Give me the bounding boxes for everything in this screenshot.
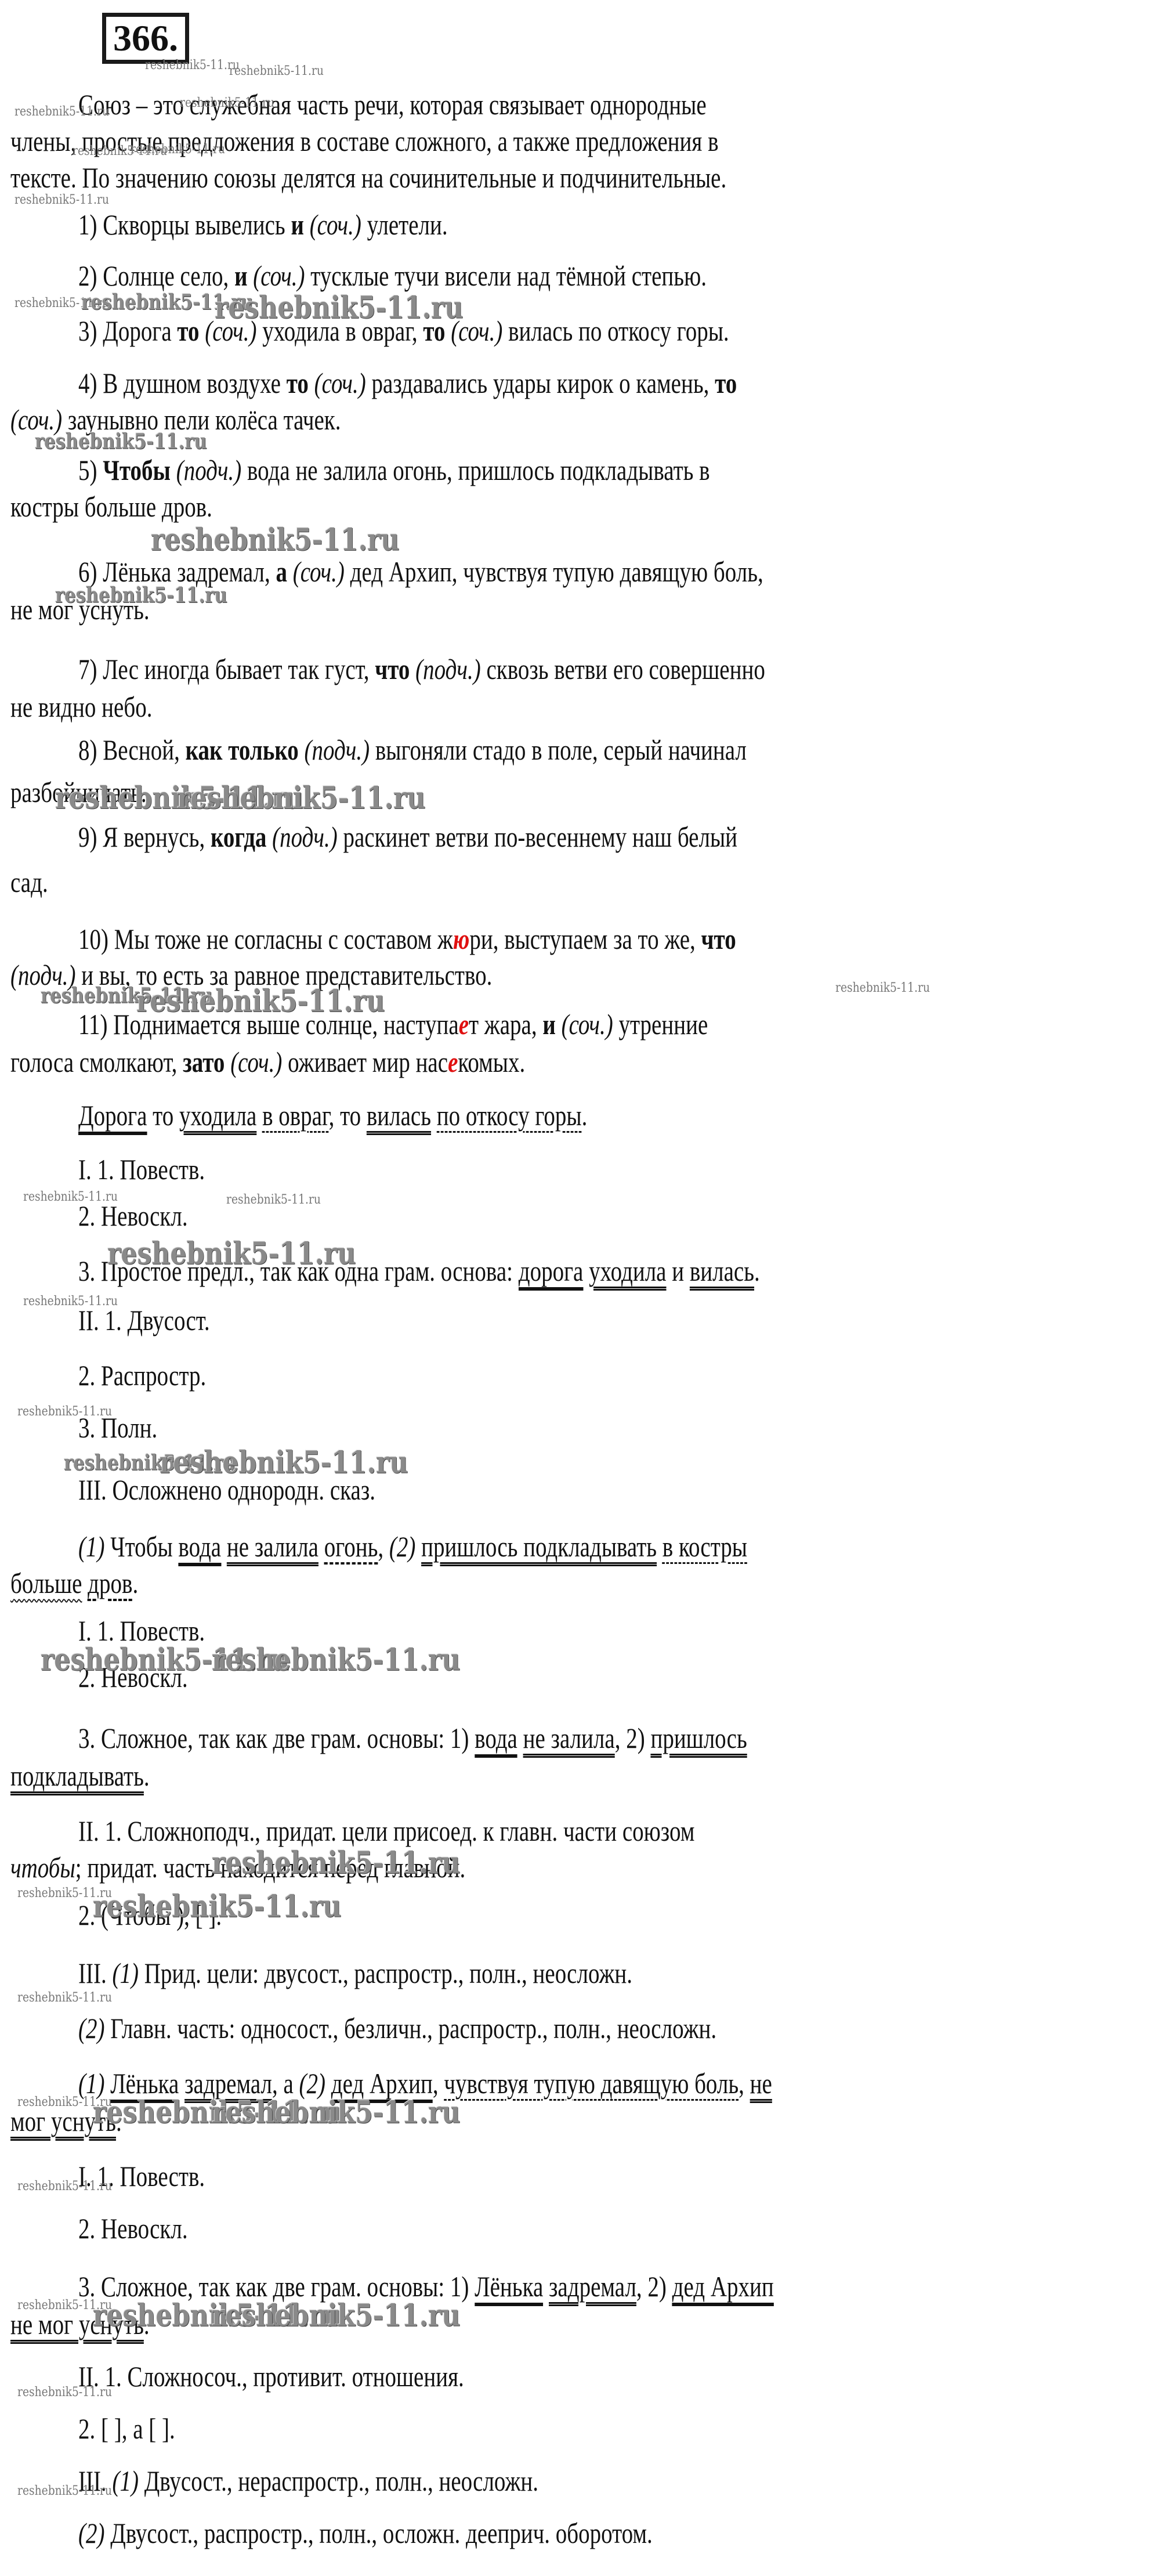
segment <box>410 653 415 685</box>
segment-u-dot: в овраг <box>262 1099 328 1132</box>
watermark: reshebnik5-11.ru <box>15 104 109 119</box>
text-line: 2. [ ], а [ ]. <box>78 2411 175 2446</box>
segment: и <box>667 1255 690 1287</box>
text-line: костры больше дров. <box>10 489 212 524</box>
segment-u-pred: подкладывать <box>10 1760 144 1792</box>
segment: 2. [ ], а [ ]. <box>78 2412 175 2445</box>
segment-i: (1) <box>112 1957 138 1989</box>
watermark: reshebnik5-11.ru <box>17 2484 112 2498</box>
segment-i: (соч.) <box>230 1046 282 1078</box>
watermark: reshebnik5-11.ru <box>23 1294 118 1309</box>
text-line: 5) Чтобы (подч.) вода не залила огонь, п… <box>78 453 710 487</box>
segment: улетели. <box>361 208 448 241</box>
segment-u-subj: дед Архип <box>672 2270 774 2306</box>
text-line: I. 1. Повеств. <box>78 1152 205 1187</box>
segment: Чтобы <box>104 1530 178 1563</box>
segment: 2. Невоскл. <box>78 2212 188 2245</box>
segment-u-pred: задремал <box>549 2270 636 2303</box>
watermark: reshebnik5-11.ru <box>17 2385 112 2400</box>
segment: , 2) <box>636 2270 672 2303</box>
segment-u-pred: уходила <box>179 1099 256 1132</box>
segment-b: Чтобы <box>103 454 171 486</box>
segment: 3. Сложное, так как две грам. основы: 1) <box>78 1722 475 1754</box>
segment: Главн. часть: односост., безличн., распр… <box>104 2012 716 2044</box>
segment: 5) <box>78 454 103 486</box>
segment <box>256 1099 262 1132</box>
segment-u-dot: по откосу горы <box>437 1099 582 1132</box>
segment-b: и <box>234 259 247 292</box>
segment: , 2) <box>615 1722 651 1754</box>
segment-u-subj: Дорога <box>78 1099 147 1135</box>
watermark: reshebnik5-11.ru <box>160 1445 408 1480</box>
watermark: reshebnik5-11.ru <box>212 2298 460 2333</box>
segment: . <box>132 1567 138 1599</box>
segment-i: (2) <box>78 2517 104 2549</box>
segment <box>82 1567 88 1599</box>
segment: костры больше дров. <box>10 490 212 523</box>
text-line: 7) Лес иногда бывает так густ, что (подч… <box>78 652 765 687</box>
watermark: reshebnik5-11.ru <box>835 981 930 995</box>
segment-b: а <box>276 555 287 588</box>
segment: оживает мир нас <box>282 1046 448 1078</box>
text-line: 3. Сложное, так как две грам. основы: 1)… <box>78 1721 747 1755</box>
segment: тусклые тучи висели над тёмной степью. <box>305 259 707 292</box>
watermark: reshebnik5-11.ru <box>93 1889 341 1924</box>
segment-i: (подч.) <box>415 653 481 685</box>
segment: голоса смолкают, <box>10 1046 183 1078</box>
segment-b: что <box>701 923 736 955</box>
segment <box>248 259 254 292</box>
text-line: 1) Скворцы вывелись и (соч.) улетели. <box>78 207 448 242</box>
segment: раскинет ветви по-весеннему наш белый <box>338 821 737 853</box>
text-line: 2. Распростр. <box>78 1358 206 1393</box>
segment-u-dot: в костры <box>663 1530 747 1563</box>
text-line: III. (1) Двусост., нераспростр., полн., … <box>78 2463 538 2498</box>
segment-i: (1) <box>112 2465 138 2497</box>
segment: утренние <box>613 1008 708 1040</box>
segment-b: как только <box>186 734 299 766</box>
segment: Прид. цели: двусост., распростр., полн.,… <box>139 1957 632 1989</box>
segment-i: (подч.) <box>272 821 338 853</box>
segment-b: и <box>291 208 303 241</box>
watermark: reshebnik5-11.ru <box>226 1193 321 1207</box>
segment <box>415 1530 421 1563</box>
segment-b: и <box>542 1008 555 1040</box>
text-line: 2) Солнце село, и (соч.) тусклые тучи ви… <box>78 258 707 293</box>
text-line: 10) Мы тоже не согласны с составом жюри,… <box>78 922 736 956</box>
segment <box>543 2270 549 2303</box>
segment: I. 1. Повеств. <box>78 1153 205 1186</box>
watermark: reshebnik5-11.ru <box>55 583 227 608</box>
text-line: (1) Чтобы вода не залила огонь, (2) приш… <box>78 1529 747 1564</box>
segment: т жара, <box>469 1008 542 1040</box>
segment-u-pred: вилась <box>690 1255 754 1287</box>
watermark: reshebnik5-11.ru <box>145 58 240 73</box>
text-line: голоса смолкают, зато (соч.) оживает мир… <box>10 1045 525 1079</box>
segment: Двусост., нераспростр., полн., неосложн. <box>139 2465 538 2497</box>
segment-i: (соч.) <box>562 1008 613 1040</box>
segment: . <box>754 1255 760 1287</box>
segment-u-pred: не <box>750 2067 772 2100</box>
segment-red: е <box>448 1046 458 1078</box>
segment: вода не залила огонь, пришлось подкладыв… <box>241 454 709 486</box>
segment: II. 1. Сложноподч., придат. цели присоед… <box>78 1815 694 1847</box>
segment <box>266 821 272 853</box>
segment: сквозь ветви его совершенно <box>481 653 765 685</box>
segment-i: (соч.) <box>314 367 366 399</box>
segment: 10) Мы тоже не согласны с составом ж <box>78 923 453 955</box>
segment <box>431 1099 437 1132</box>
segment: ри, выступаем за то же, <box>469 923 701 955</box>
segment: не видно небо. <box>10 691 152 723</box>
text-line: подкладывать. <box>10 1758 150 1793</box>
segment-u-pred: пришлось подкладывать <box>421 1530 657 1563</box>
segment <box>225 1046 230 1078</box>
segment: 2) Солнце село, <box>78 259 234 292</box>
segment-b: то <box>287 367 309 399</box>
watermark: reshebnik5-11.ru <box>212 2095 460 2130</box>
text-line: (2) Главн. часть: односост., безличн., р… <box>78 2011 716 2046</box>
segment-i: (соч.) <box>310 208 361 241</box>
segment-b: то <box>715 367 737 399</box>
text-line: 8) Весной, как только (подч.) выгоняли с… <box>78 732 747 767</box>
watermark: reshebnik5-11.ru <box>131 142 225 157</box>
text-line: сад. <box>10 865 48 899</box>
segment <box>171 454 176 486</box>
segment: дед Архип, чувствуя тупую давящую боль, <box>345 555 763 588</box>
segment-u-pred: уходила <box>589 1255 666 1287</box>
segment: Союз – это служебная часть речи, которая… <box>78 88 707 121</box>
text-line: II. 1. Сложноподч., придат. цели присоед… <box>78 1813 694 1848</box>
segment <box>287 555 293 588</box>
segment-i: (соч.) <box>253 259 305 292</box>
watermark: reshebnik5-11.ru <box>215 290 463 326</box>
segment: , то <box>329 1099 367 1132</box>
segment-i: (подч.) <box>305 734 370 766</box>
segment <box>309 367 314 399</box>
segment: выгоняли стадо в поле, серый начинал <box>370 734 747 766</box>
segment: III. <box>78 1957 112 1989</box>
segment-u-subj: вода <box>178 1530 221 1566</box>
watermark: reshebnik5-11.ru <box>212 1845 460 1881</box>
segment: сад. <box>10 866 48 898</box>
segment-i: (соч.) <box>293 555 345 588</box>
segment-red: е <box>459 1008 469 1040</box>
segment: , <box>378 1530 389 1563</box>
segment-u-dot: чувствуя тупую давящую боль <box>444 2067 739 2100</box>
watermark: reshebnik5-11.ru <box>180 96 274 110</box>
segment: 3) Дорога <box>78 315 177 347</box>
watermark: reshebnik5-11.ru <box>107 1236 356 1271</box>
segment: вилась по откосу горы. <box>502 315 729 347</box>
segment-i: (2) <box>389 1530 415 1563</box>
watermark: reshebnik5-11.ru <box>177 781 425 816</box>
segment-i: чтобы <box>10 1851 75 1884</box>
text-line: Дорога то уходила в овраг, то вилась по … <box>78 1098 587 1133</box>
segment: Двусост., распростр., полн., осложн. дее… <box>104 2517 652 2549</box>
segment <box>221 1530 227 1563</box>
segment <box>304 208 310 241</box>
watermark: reshebnik5-11.ru <box>15 193 109 207</box>
segment <box>583 1255 589 1287</box>
segment-u-wavy: больше <box>10 1567 82 1599</box>
text-line: II. 1. Сложносоч., противит. отношения. <box>78 2359 464 2394</box>
watermark: reshebnik5-11.ru <box>35 429 207 454</box>
segment-b: зато <box>183 1046 225 1078</box>
segment-i: (1) <box>78 1530 104 1563</box>
watermark: reshebnik5-11.ru <box>136 984 385 1019</box>
watermark: reshebnik5-11.ru <box>17 1990 112 2005</box>
segment: комых. <box>458 1046 525 1078</box>
segment-u-dash: огонь <box>324 1530 378 1563</box>
text-line: (2) Двусост., распростр., полн., осложн.… <box>78 2516 653 2550</box>
segment-u-subj: дорога <box>519 1255 584 1291</box>
text-line: III. (1) Прид. цели: двусост., распростр… <box>78 1956 632 1990</box>
segment: 8) Весной, <box>78 734 186 766</box>
segment: 2. Невоскл. <box>78 1200 188 1232</box>
segment-red: ю <box>453 923 469 955</box>
watermark: reshebnik5-11.ru <box>17 2179 112 2194</box>
segment-u-pred: пришлось <box>650 1722 747 1754</box>
text-line: 9) Я вернусь, когда (подч.) раскинет вет… <box>78 819 737 854</box>
segment: 9) Я вернусь, <box>78 821 211 853</box>
exercise-number: 366. <box>102 13 189 64</box>
watermark: reshebnik5-11.ru <box>23 1190 118 1204</box>
segment-b: когда <box>211 821 266 853</box>
segment: тексте. По значению союзы делятся на соч… <box>10 161 726 194</box>
segment-b: что <box>375 653 410 685</box>
text-line: не видно небо. <box>10 689 152 724</box>
segment: . <box>582 1099 588 1132</box>
segment <box>200 315 205 347</box>
segment-u-pred: не залила <box>523 1722 615 1754</box>
segment: II. 1. Двусост. <box>78 1304 210 1336</box>
segment-u-pred: не залила <box>227 1530 318 1563</box>
segment <box>657 1530 663 1563</box>
watermark: reshebnik5-11.ru <box>17 1404 112 1419</box>
text-line: Союз – это служебная часть речи, которая… <box>78 87 707 122</box>
segment: 2. Распростр. <box>78 1359 206 1392</box>
segment: то <box>147 1099 179 1132</box>
segment <box>299 734 305 766</box>
watermark: reshebnik5-11.ru <box>212 1642 460 1678</box>
watermark: reshebnik5-11.ru <box>229 64 324 78</box>
text-line: тексте. По значению союзы делятся на соч… <box>10 160 726 195</box>
segment-i: (2) <box>78 2012 104 2044</box>
segment-u-subj: вода <box>475 1722 517 1758</box>
text-line: 4) В душном воздухе то (соч.) раздавалис… <box>78 366 737 400</box>
segment-u-subj: Лёнька <box>475 2270 543 2306</box>
segment: раздавались удары кирок о камень, <box>366 367 715 399</box>
segment: 7) Лес иногда бывает так густ, <box>78 653 375 685</box>
segment-i: (подч.) <box>176 454 242 486</box>
segment: II. 1. Сложносоч., противит. отношения. <box>78 2360 464 2393</box>
text-line: 2. Невоскл. <box>78 2211 188 2246</box>
segment <box>318 1530 324 1563</box>
segment-u-pred: вилась <box>367 1099 431 1132</box>
segment: 4) В душном воздухе <box>78 367 287 399</box>
text-line: больше дров. <box>10 1566 138 1600</box>
watermark: reshebnik5-11.ru <box>151 522 399 558</box>
segment-u-dash: дров <box>88 1567 132 1599</box>
segment <box>517 1722 523 1754</box>
segment: 1) Скворцы вывелись <box>78 208 291 241</box>
segment <box>556 1008 562 1040</box>
segment: . <box>144 1760 150 1792</box>
segment-b: то <box>177 315 199 347</box>
segment: , <box>739 2067 750 2100</box>
